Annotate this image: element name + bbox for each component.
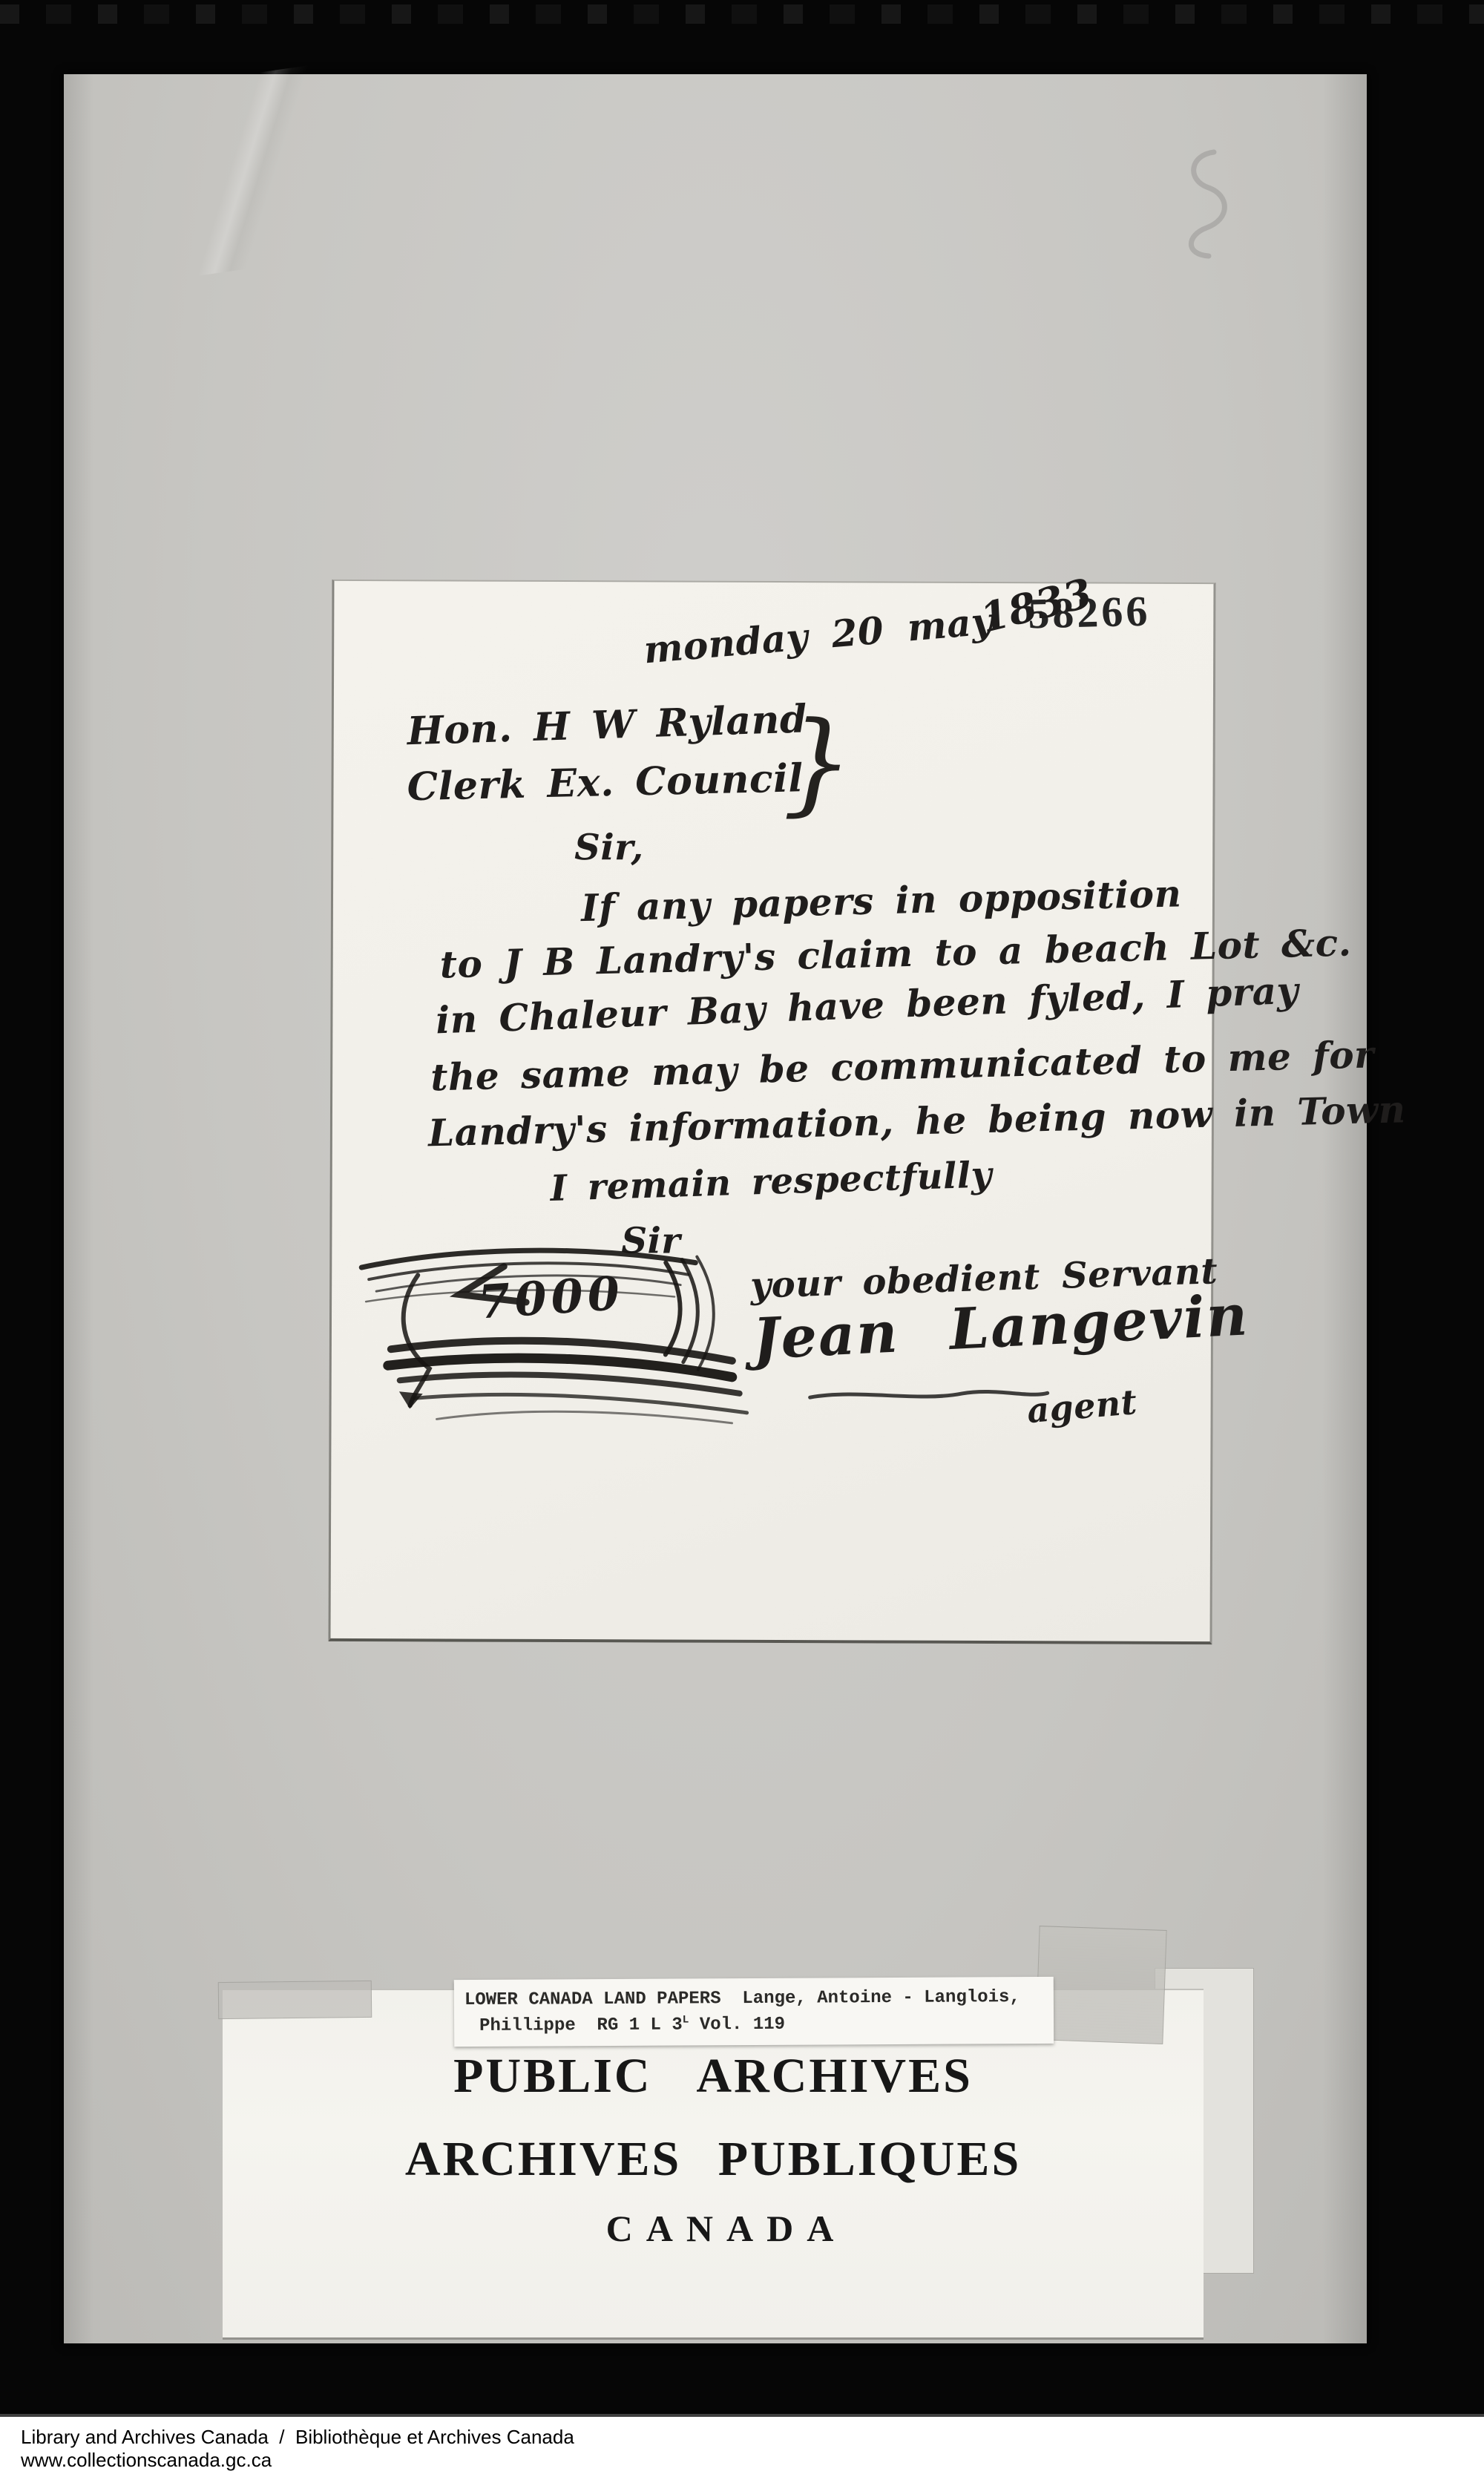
ink-scribble: 7000 [347,1223,763,1425]
closing-line: I remain respectfully [550,1154,993,1210]
paper-crease [82,53,424,288]
body-line: the same may be communicated to me for [430,1032,1375,1099]
letter-sheet: 58266 1833 monday 20 may Hon. H W Ryland… [329,580,1216,1644]
archives-stamp-french: ARCHIVES PUBLIQUES [223,2131,1204,2188]
archives-stamp-english: PUBLIC ARCHIVES [223,2048,1204,2104]
body-line: If any papers in opposition [580,871,1182,930]
scanned-microfilm-page: 58266 1833 monday 20 may Hon. H W Ryland… [0,0,1484,2474]
recipient-name: Hon. H W Ryland [407,696,808,754]
salutation: Sir, [574,827,644,868]
signature-flourish [807,1385,1051,1405]
date-line: monday 20 may [642,599,995,672]
footer-bar: Library and Archives Canada / Bibliothèq… [0,2414,1484,2474]
reference-label-line1: LOWER CANADA LAND PAPERS Lange, Antoine … [464,1987,1020,2010]
docket-amount: 7000 [476,1266,626,1330]
public-archives-card: LOWER CANADA LAND PAPERS Lange, Antoine … [223,1989,1204,2340]
address-brace: } [782,707,853,818]
signature-title: agent [1025,1382,1138,1431]
body-line: Landry's information, he being now in To… [427,1087,1406,1155]
recipient-title: Clerk Ex. Council [407,755,804,810]
tape-strip-left [218,1981,372,2019]
reference-label-line2: Phillippe RG 1 L 3L Vol. 119 [479,2014,785,2036]
tape-strip-right [1035,1926,1166,2044]
footer-url: www.collectionscanada.gc.ca [21,2449,1484,2472]
archives-stamp-canada: CANADA [223,2207,1217,2250]
footer-institution: Library and Archives Canada / Bibliothèq… [21,2426,1484,2449]
faint-pencil-mark [1173,145,1232,263]
reference-label: LOWER CANADA LAND PAPERS Lange, Antoine … [454,1977,1054,2047]
film-edge-texture [0,4,1484,24]
photograph-area: 58266 1833 monday 20 may Hon. H W Ryland… [64,74,1367,2343]
